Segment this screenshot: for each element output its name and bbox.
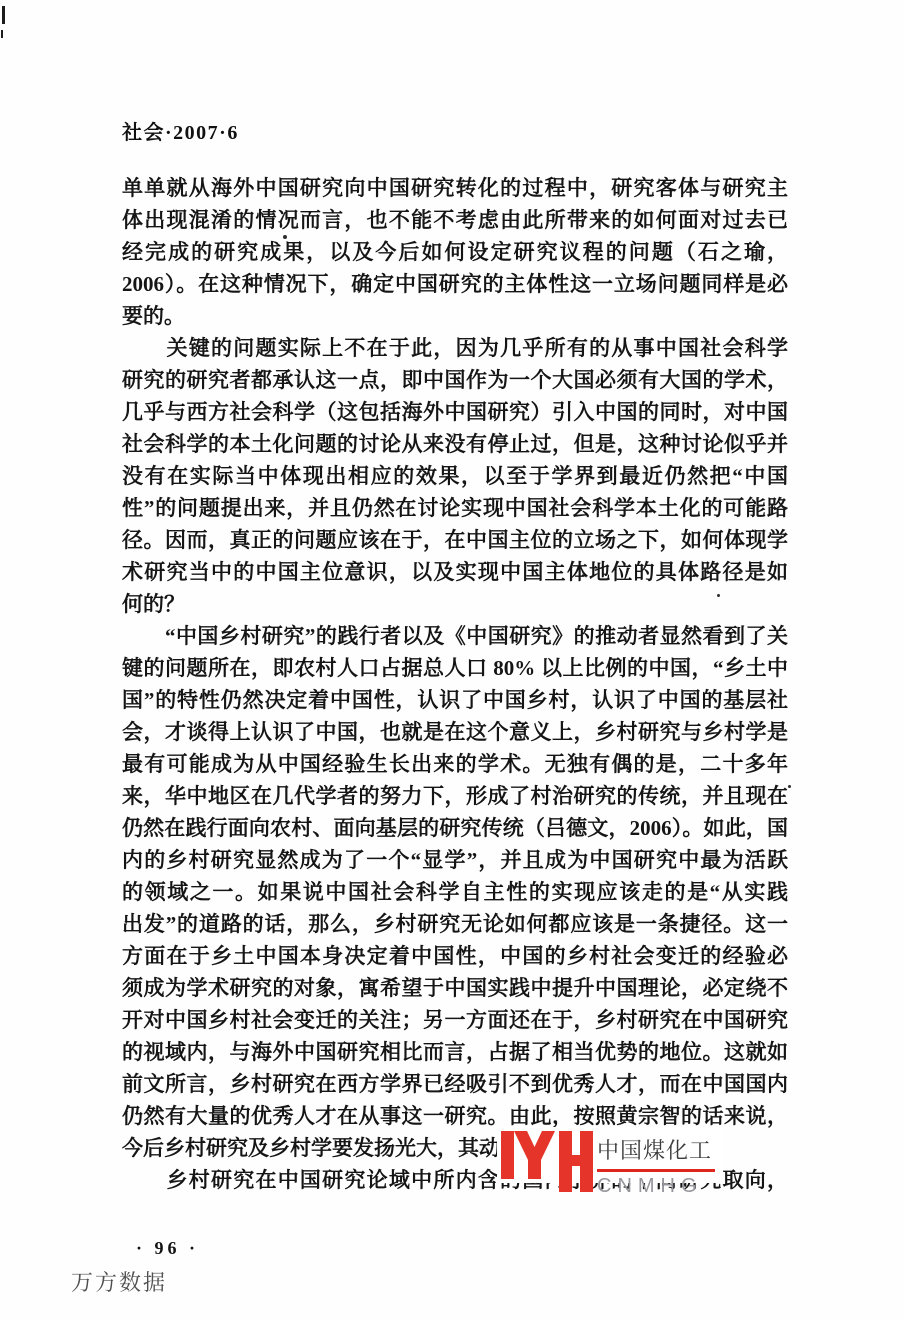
text-line: 经完成的研究成果，以及今后如何设定研究议程的问题（石之瑜， — [122, 236, 788, 268]
text-line: 研究的研究者都承认这一点，即中国作为一个大国必须有大国的学术， — [122, 364, 788, 396]
coal-chem-watermark: 中国煤化工 CNMHG — [497, 1127, 723, 1183]
text-line: 何的？ — [122, 588, 788, 620]
text-line: 术研究当中的中国主位意识，以及实现中国主体地位的具体路径是如 — [122, 556, 788, 588]
text-line: 社会科学的本土化问题的讨论从来没有停止过，但是，这种讨论似乎并 — [122, 428, 788, 460]
text-line: 关键的问题实际上不在于此，因为几乎所有的从事中国社会科学 — [122, 332, 788, 364]
text-line: 方面在于乡土中国本身决定着中国性，中国的乡村社会变迁的经验必 — [122, 940, 788, 972]
text-line: 没有在实际当中体现出相应的效果，以至于学界到最近仍然把“中国 — [122, 460, 788, 492]
scanned-journal-page: 社会·2007·6 单单就从海外中国研究向中国研究转化的过程中，研究客体与研究主… — [0, 0, 904, 1320]
text-line: 的视域内，与海外中国研究相比而言，占据了相当优势的地位。这就如 — [122, 1036, 788, 1068]
scan-edge-mark — [1, 30, 3, 38]
text-line: 开对中国乡村社会变迁的关注；另一方面还在于，乡村研究在中国研究 — [122, 1004, 788, 1036]
text-line: 出发”的道路的话，那么，乡村研究无论如何都应该是一条捷径。这一 — [122, 908, 788, 940]
text-line: 性”的问题提出来，并且仍然在讨论实现中国社会科学本土化的可能路 — [122, 492, 788, 524]
text-line: 前文所言，乡村研究在西方学界已经吸引不到优秀人才，而在中国国内 — [122, 1068, 788, 1100]
text-line: 要的。 — [122, 300, 788, 332]
text-line: 会，才谈得上认识了中国，也就是在这个意义上，乡村研究与乡村学是 — [122, 716, 788, 748]
text-line: 须成为学术研究的对象，寓希望于中国实践中提升中国理论，必定绕不 — [122, 972, 788, 1004]
text-line: 单单就从海外中国研究向中国研究转化的过程中，研究客体与研究主 — [122, 172, 788, 204]
watermark-underline — [597, 1169, 715, 1172]
text-line: 体出现混淆的情况而言，也不能不考虑由此所带来的如何面对过去已 — [122, 204, 788, 236]
text-line: 几乎与西方社会科学（这包括海外中国研究）引入中国的同时，对中国 — [122, 396, 788, 428]
text-line: 2006）。在这种情况下，确定中国研究的主体性这一立场问题同样是必 — [122, 268, 788, 300]
scan-edge-mark — [2, 6, 5, 24]
cnmhg-logo-icon — [501, 1130, 593, 1193]
article-body: 单单就从海外中国研究向中国研究转化的过程中，研究客体与研究主 体出现混淆的情况而… — [122, 172, 788, 1196]
watermark-brand-code: CNMHG — [597, 1175, 723, 1198]
text-line: 的领域之一。如果说中国社会科学自主性的实现应该走的是“从实践 — [122, 876, 788, 908]
wanfang-data-mark: 万方数据 — [71, 1266, 167, 1297]
scan-speck — [788, 785, 791, 788]
watermark-text-block: 中国煤化工 CNMHG — [597, 1134, 723, 1198]
scan-speck — [283, 235, 287, 239]
page-number: · 96 · — [136, 1238, 199, 1259]
text-line: 仍然在践行面向农村、面向基层的研究传统（吕德文，2006）。如此，国 — [122, 812, 788, 844]
text-line: 内的乡村研究显然成为了一个“显学”，并且成为中国研究中最为活跃 — [122, 844, 788, 876]
text-line: 键的问题所在，即农村人口占据总人口 80% 以上比例的中国，“乡土中 — [122, 652, 788, 684]
text-line: 径。因而，真正的问题应该在于，在中国主位的立场之下，如何体现学 — [122, 524, 788, 556]
text-line: 来，华中地区在几代学者的努力下，形成了村治研究的传统，并且现在 — [122, 780, 788, 812]
journal-header: 社会·2007·6 — [122, 116, 239, 145]
text-line: 国”的特性仍然决定着中国性，认识了中国乡村，认识了中国的基层社 — [122, 684, 788, 716]
scan-speck — [717, 594, 720, 597]
text-line: “中国乡村研究”的践行者以及《中国研究》的推动者显然看到了关 — [122, 620, 788, 652]
text-line: 最有可能成为从中国经验生长出来的学术。无独有偶的是，二十多年 — [122, 748, 788, 780]
watermark-brand-cn: 中国煤化工 — [597, 1134, 723, 1165]
